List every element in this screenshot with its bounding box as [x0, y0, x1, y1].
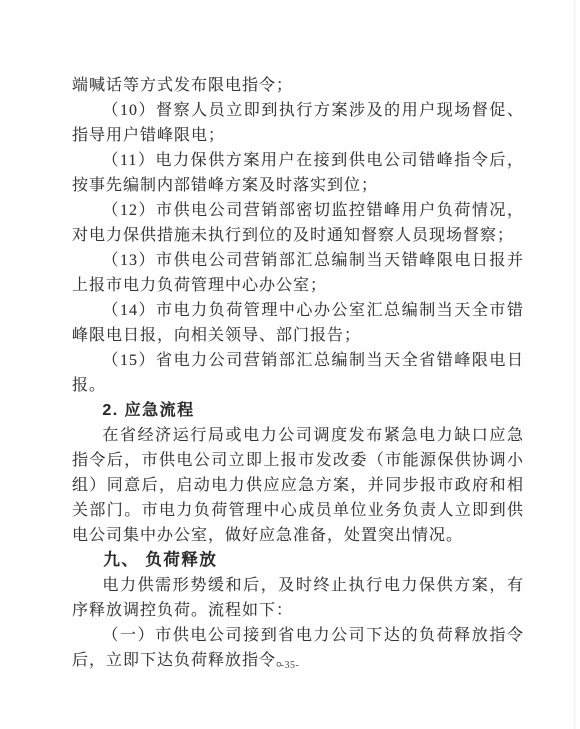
paragraph-continuation: 端喊话等方式发布限电指令； — [72, 73, 524, 98]
paragraph: （10）督察人员立即到执行方案涉及的用户现场督促、指导用户错峰限电； — [72, 98, 524, 148]
page-number: -35- — [281, 660, 300, 671]
section-heading: 九、 负荷释放 — [72, 548, 524, 573]
scan-edge-shadow — [573, 0, 576, 729]
page-footer: -35- — [0, 660, 580, 671]
paragraph: （11）电力保供方案用户在接到供电公司错峰指令后，按事先编制内部错峰方案及时落实… — [72, 148, 524, 198]
paragraph: （14）市电力负荷管理中心办公室汇总编制当天全市错峰限电日报，向相关领导、部门报… — [72, 298, 524, 348]
paragraph: （13）市供电公司营销部汇总编制当天错峰限电日报并上报市电力负荷管理中心办公室； — [72, 248, 524, 298]
paragraph: （12）市供电公司营销部密切监控错峰用户负荷情况，对电力保供措施未执行到位的及时… — [72, 198, 524, 248]
paragraph: （15）省电力公司营销部汇总编制当天全省错峰限电日报。 — [72, 348, 524, 398]
document-body: 端喊话等方式发布限电指令；（10）督察人员立即到执行方案涉及的用户现场督促、指导… — [72, 73, 524, 673]
paragraph: 电力供需形势缓和后，及时终止执行电力保供方案，有序释放调控负荷。流程如下： — [72, 573, 524, 623]
document-page: 端喊话等方式发布限电指令；（10）督察人员立即到执行方案涉及的用户现场督促、指导… — [0, 0, 580, 729]
paragraph: 在省经济运行局或电力公司调度发布紧急电力缺口应急指令后，市供电公司立即上报市发改… — [72, 423, 524, 548]
subsection-heading: 2. 应急流程 — [72, 398, 524, 423]
